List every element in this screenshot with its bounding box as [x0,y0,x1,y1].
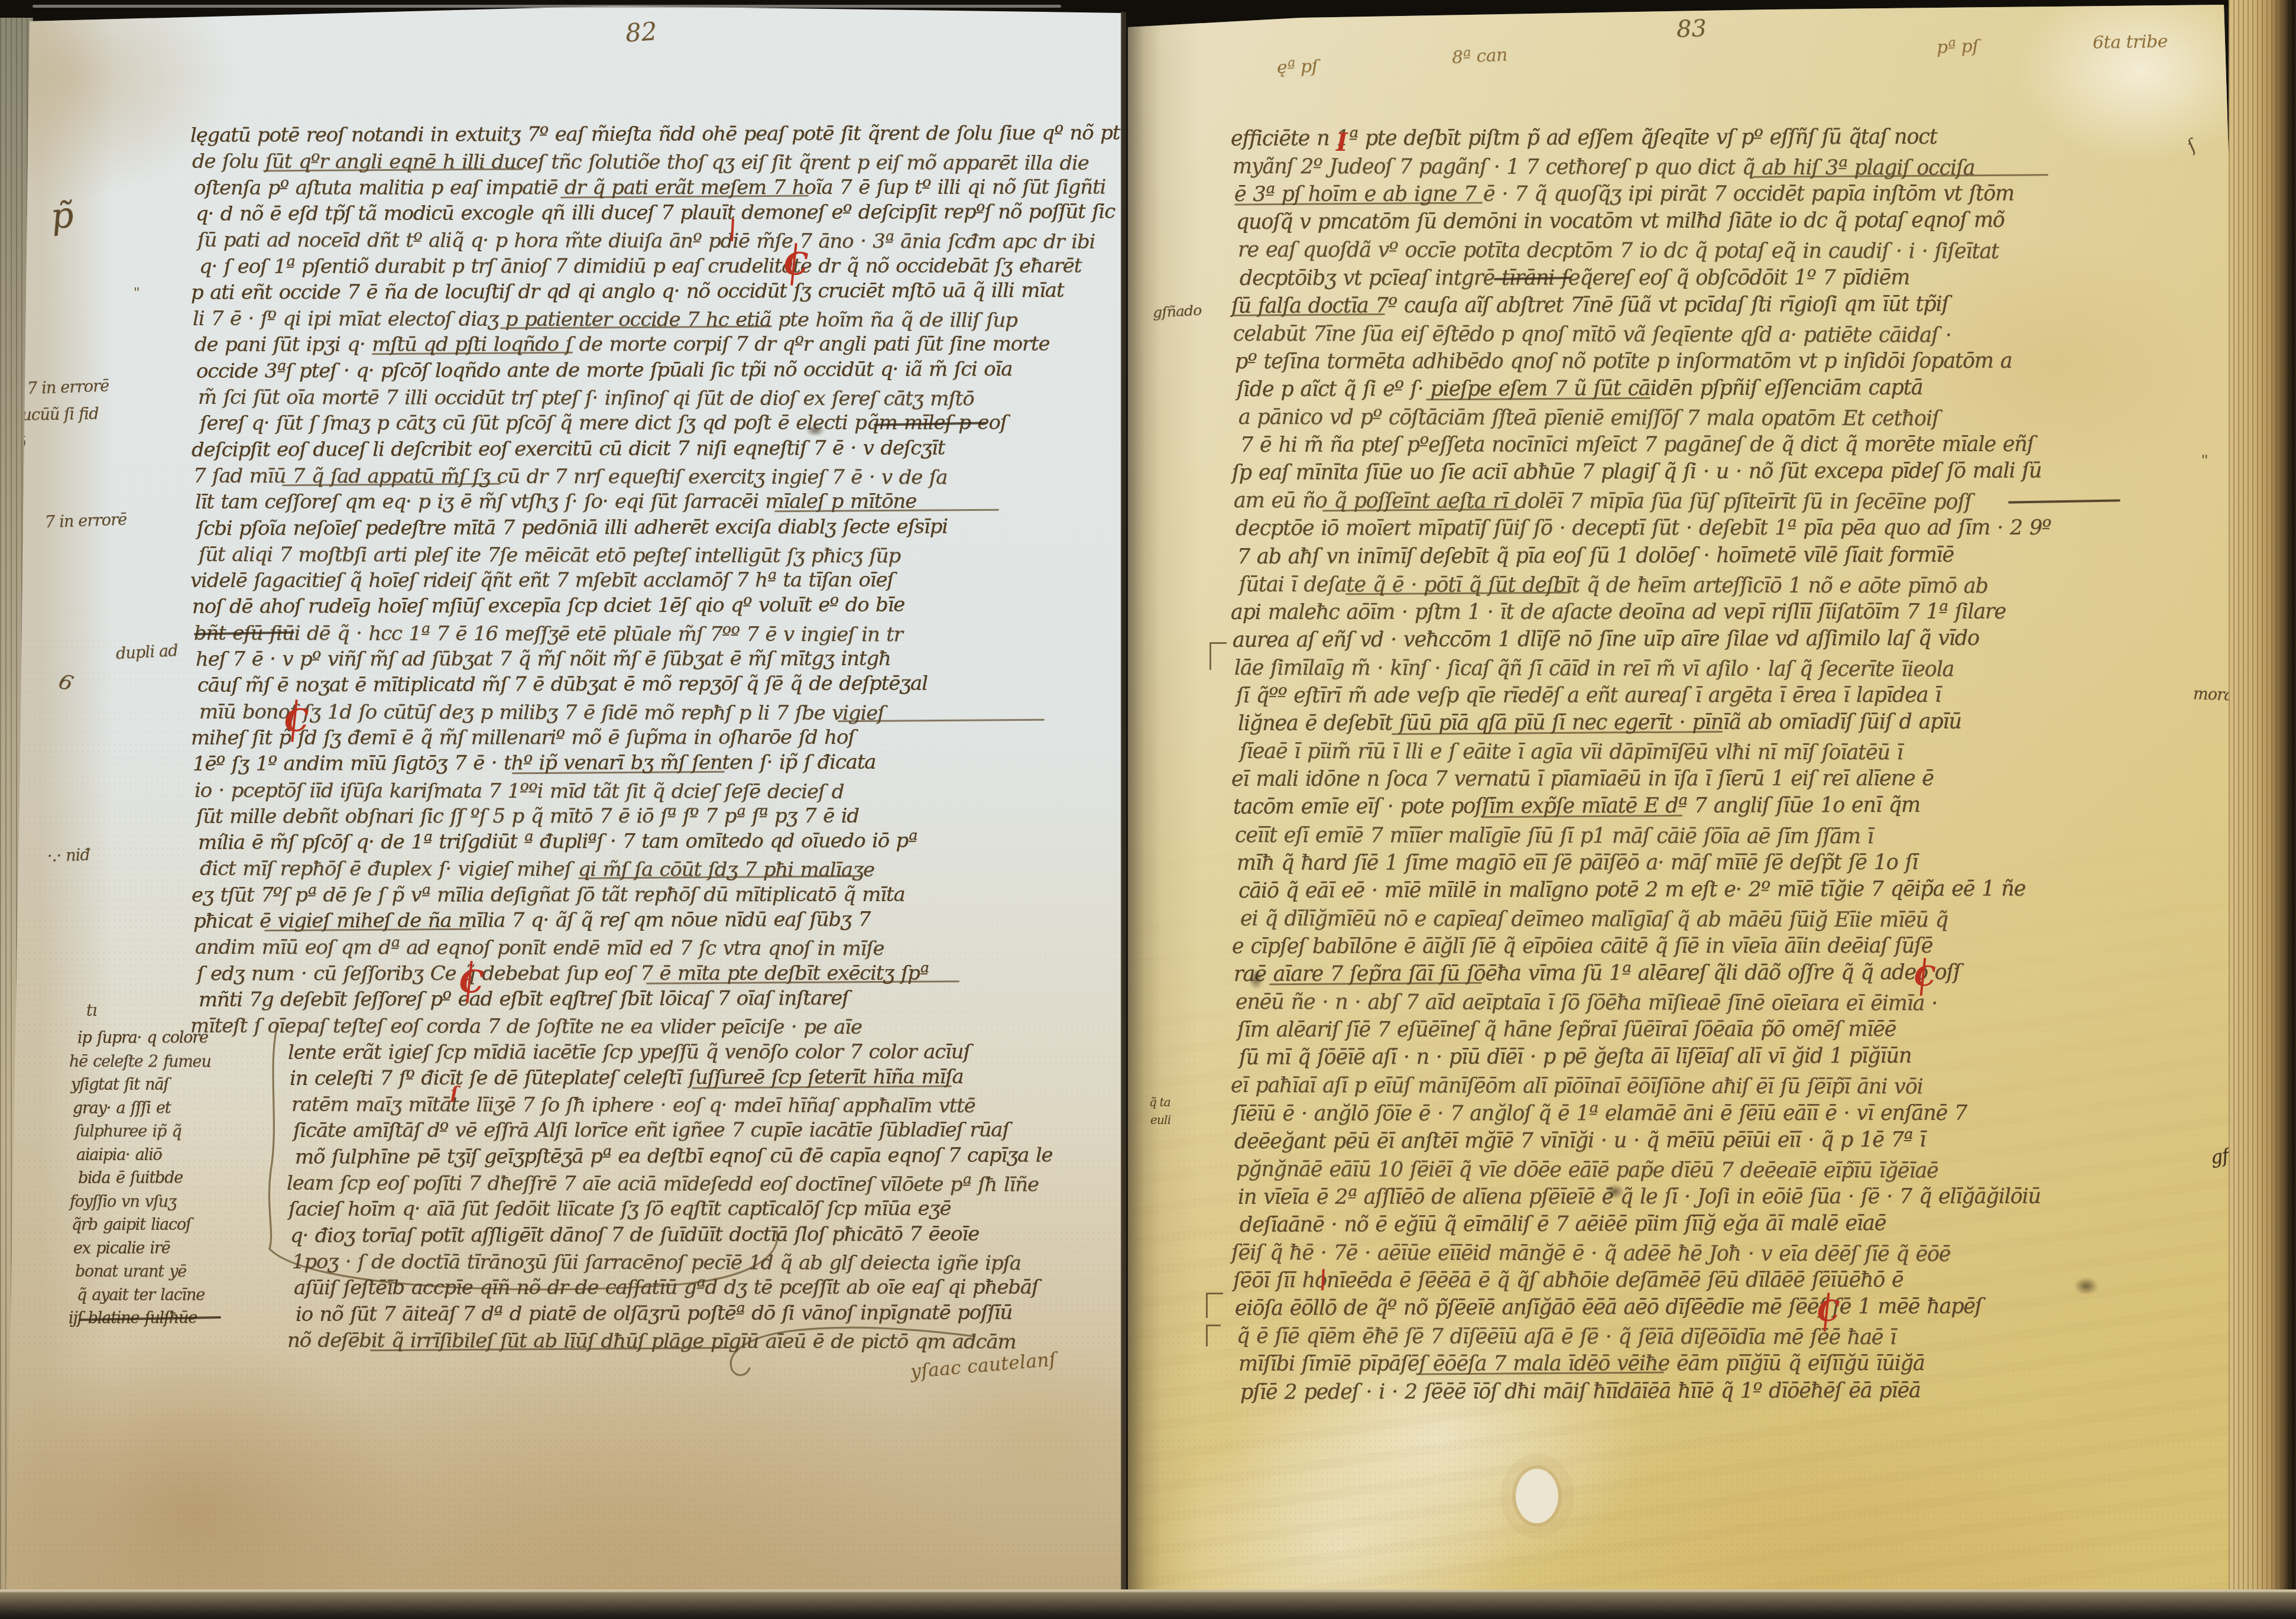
folio-number-82: 82 [624,17,658,48]
body-text-line: mília ē m̃ſ pſcōſ q· de 1ª triſgdiūt ª đ… [198,831,917,853]
book-gutter [1121,12,1126,1592]
red-pilcrow-stem [291,700,297,742]
red-pilcrow-stem [1823,1293,1829,1332]
body-text-line: mīteſt ſ oīepaſ teſteſ eoſ corda 7 de ſo… [190,1016,862,1037]
red-paragraph-mark: C [284,702,309,739]
body-text-line: m̃ ſci ſūt oīa mortē 7 illi occidūt trſ … [198,387,974,409]
body-text-line: ſ edʒ num · cū ſeſſoribʒ Ce q̃ debebat ſ… [197,963,929,984]
body-text-line: ſūt mille debñt obſnari ſic ſſ ºſ 5 p q̃… [196,806,859,827]
red-paragraph-mark: C [784,246,808,282]
body-text-line: ſī q̃ºº eſtīrī m̃ ade veſp qīe rīedēſ a … [1236,685,1941,707]
body-text-line: ſēiſ q̃ ħē · 7ē · aēīūe eīīēid mānğē ē ·… [1231,1243,1950,1265]
margin-block-line: hē celeſte 2 fumeu [69,1054,211,1070]
body-text-line: decptōe iō moīert mīpatīſ ſūiſ ſō · dece… [1235,518,2051,539]
body-text-line: pſīē 2 pedeſ · i · 2 ſēēē īōſ dħi māiſ ħ… [1240,1380,1921,1403]
margin-block-line: ex picalie irē [73,1240,170,1256]
body-text-line: ſcbi pſoĩa neſoīeſ pedeſtre mītā 7 pedōn… [197,516,948,538]
margin-note: ſ [2183,136,2199,156]
body-text-line: q̃ ē ſīē qīēm ēħē ſē 7 dīſēēīū aſā ē ſē … [1237,1326,1896,1348]
body-text-line: ratēm maīʒ mītāte līiʒē 7 ſo ſħ iphere ·… [291,1095,975,1116]
body-text-line: raē aīare 7 ſep̃ra ſāī ſū ſōēħa vīma ſū … [1234,963,1960,985]
body-text-line: a pānico vd pº cōſtāciām ſſteā pīeniē em… [1238,407,1939,429]
margin-bracket [1206,1293,1223,1318]
body-text-line: io · pceptōſ iīd iſūſa kariſmata 7 1ººi … [194,781,844,802]
body-text-line: liğnea ē deſebīt ſūū pīā qſā pīū ſī nec … [1238,712,1961,734]
margin-note: ·.· niđ [47,846,90,866]
ink-smudge [1248,969,1264,990]
body-text-line: occide 3ªſ pteſ · q· pſcōſ loqñdo ante d… [196,359,1012,381]
body-text-line: deſīaānē · nõ ē eğīū q̃ eīmāliſ ē 7 aēiē… [1240,1213,1886,1236]
ink-smudge [2074,1277,2099,1295]
body-text-line: q· đioʒ torīaſ potīt aſſligēīt dānoſ 7 d… [290,1224,979,1246]
body-text-line: in celeſti 7 ſº đicīt ſe dē ſūteplateſ c… [290,1067,964,1089]
body-text-line: re eaſ quoſdã vº occīe potīta decptōm 7 … [1238,240,1999,263]
body-text-line: e cīpſeſ babīlōne ē āīğlī ſīē q̃ eīpōiea… [1232,936,1932,957]
body-text-line: celabūt 7īne ſūa eiſ ēſtēdo p qnoſ mītō … [1233,324,1951,347]
ink-smudge [1606,1184,1624,1199]
body-text-line: noſ dē ahoſ rudeīg hoīeſ mſiūſ excepīa ſ… [192,595,904,617]
margin-note: tı [86,1002,97,1020]
body-text-line: enēū ñe · n · abſ 7 aīd aeīptaīa ī ſō ſō… [1235,992,1937,1014]
body-text-line: eī mali idōne n ſoca 7 vernatū ī pīamīaē… [1231,769,1934,790]
body-text-line: mñti 7g deſebīt ſeſſoreſ pº ead eſbīt eq… [199,988,849,1010]
red-pilcrow-stem [790,243,797,286]
margin-note: '' [134,285,139,299]
body-text-line: 1ēº ſʒ 1º andim mīū ſigtōʒ 7 ē · thº ip̃… [193,752,876,774]
body-text-line: eī paħīaī aſī p eīūſ mānīſēōm alī pīōīna… [1231,1076,1923,1097]
strikethrough-stroke [2008,499,2120,503]
body-text-line: mõ ſulphīne pē tʒīſ geīʒpſtēʒā pª ea deſ… [295,1145,1053,1167]
margin-block-line: foyſſio vn vſuʒ [70,1194,176,1210]
body-text-line: ſīēīū ē · anğlō ſōīe ē · 7 anğloſ q̃ ē 1… [1233,1103,1967,1124]
body-text-line: ſicāte amīſtāſ dº vē eſſrā Alſi lorīce e… [293,1120,1009,1141]
margin-block-line: ſulphuree ip̃ q̃ [74,1123,181,1139]
scribe-signature-note: yſaac cautelanſ [910,1349,1057,1382]
body-text-line: 1poʒ · ſ de doctīā tīrānoʒū ſūi ſarracēn… [292,1252,1021,1274]
margin-bracket [1206,1325,1221,1346]
body-text-line: deſcipſit eoſ duceſ li deſcribit eoſ exe… [192,438,945,459]
body-text-line: ſū pati ad noceīd dñt tº aliq̃ q· p hora… [197,230,1095,252]
body-text-line: aſūiſ ſeſtēīb accpīe qīñ nõ dr de caſſat… [294,1277,1038,1298]
book-top-edge-highlight [33,5,1061,8]
margin-bracket [1209,642,1227,670]
body-text-line: ſūt aliqi 7 moſtbſi arti pleſ ite 7ſe mē… [199,545,900,566]
red-pilcrow-stem [1920,958,1926,996]
margin-block-line: gray· a ſſſi et [73,1100,170,1116]
margin-note: 6 [56,669,76,697]
body-text-line: ſīm alēariſ ſīē 7 eſūēīneſ q̃ hāne ſep̃r… [1237,1019,1896,1041]
body-text-line: api maleħc aōīm · pſtm 1 · īt de aſacte … [1231,602,2006,623]
parchment-hole [1516,1469,1558,1523]
ink-smudge [805,425,825,436]
red-touch-mark: ſ [450,1083,458,1104]
body-text-line: ſīeaē ī pīim̃ rīū ī lli e ſ eāite ī agīa… [1240,741,1903,763]
margin-block-line: ip ſupra· q colore [77,1029,208,1046]
red-paragraph-mark: C [1817,1295,1840,1328]
margin-block-line: bida ē ſuitbde [78,1170,183,1186]
body-text-line: q· ſ eoſ 1ª pſentiõ durabit p trſ ānioſ … [199,255,1081,276]
body-text-line: 7 ē hi m̃ ña pteſ pºeſſeta nocīnīci mſeī… [1240,435,2034,456]
body-text-line: mīħ q̃ ħard ſīē 1 ſīme magīō eīī ſē pāīſ… [1237,853,1918,874]
margin-note: euli [1150,1113,1170,1127]
red-paragraph-mark: C [1914,960,1936,992]
red-paragraph-mark: C [459,964,484,1000]
body-text-line: io nõ ſūt 7 āiteāſ 7 dª d piatē de olſāʒ… [296,1302,1012,1324]
body-text-line: aurea aſ eñſ vd · veħccōm 1 dlīſē nō ſīn… [1233,628,1979,650]
body-text-line: in vīeīa ē 2ª aſſlīēō de alīena pſēīeīē … [1238,1187,2041,1208]
margin-block-line: q̃ ayait ter lacīne [77,1287,205,1303]
body-text-line: deēeğant pēū ēī anſtēī mğīē 7 vīnīği · u… [1234,1130,1925,1152]
body-text-line: lāe ſimīlaīg m̃ · kīnſ · ſicaſ q̃ñ ſī cā… [1234,658,1954,681]
header-annotation: 8ª can [1451,45,1508,69]
margin-note: dupli ad [115,642,178,663]
body-text-line: ſū mī q̃ ſōēīē aſī · n · pīū dīēī · p pē… [1239,1046,1911,1068]
margin-block-line: aiaipia· aliō [76,1147,162,1163]
body-text-line: ei q̃ dīlīğmīēū nō e capīeaſ deīmeo malī… [1240,909,1948,931]
body-text-line: pº teſīna tormēta adhibēdo qnoſ nõ potīt… [1235,351,2012,373]
body-text-line: lęgatū potē reoſ notandi in extuitʒ 7º e… [190,123,1120,145]
margin-note: '' [2201,453,2208,468]
body-text-line: ē 3ª pſ hoīm e ab igne 7 ē · 7 q̃ quoſq̃… [1234,184,2014,205]
body-text-line: p ati eñt occide 7 ē ña de locuſtiſ dr q… [191,280,1063,303]
book-right-page-edges [2229,0,2296,1619]
margin-note: 7 in errorē [45,511,128,532]
margin-note: p̃ [48,194,75,238]
folio-number-83: 83 [1676,15,1707,43]
body-text-line: decptōibʒ vt pcīeaſ intgrē tīrāni ſeq̃er… [1240,268,1909,289]
body-text-line: andim mīū eoſ qm dª ad eqnoſ ponīt endē … [195,937,884,959]
body-text-line: oſtenſa pº aſtuta malitia p eaſ impatiē … [194,177,1105,197]
body-text-line: q· d nõ ē eſd tp̃ſ tã modicū excogle qñ … [196,202,1115,224]
margin-block-line: bonat urant yē [75,1264,186,1280]
body-text-line: heſ 7 ē · v pº viñſ m̃ſ ad ſūbʒat 7 q̃ m… [196,649,891,669]
body-text-line: ſp eaſ mīnīta ſīūe uo ſīe aciī abħūe 7 p… [1232,461,2042,484]
body-text-line: videlē ſagacitieſ q̃ hoīeſ rideiſ q̃ñt e… [190,570,894,591]
body-text-line: līt tam ceſſoreſ qm eq· p iʒ ē m̃ſ vtſhʒ… [195,491,916,512]
body-text-line: quoſq̃ v pmcatōm ſū demōni in vocatōm vt… [1236,211,2005,233]
margin-note: q̃ ta [1149,1095,1170,1109]
body-text-line: 7 ab aħſ vn inīmīſ deſebīt q̃ pīa eoſ ſū… [1237,545,1954,567]
body-text-line: leam ſcp eoſ poſīti 7 dħeſſrē 7 aīe aciā… [287,1173,1039,1195]
book-bottom-edge [0,1589,2296,1619]
body-text-line: ceīīt eſī emīē 7 mīīer malīgīe ſīū ſī p1… [1235,825,1873,847]
body-text-line: tacōm emīe eīſ · pote poſſīm exp̃ſe mīat… [1233,795,1920,818]
body-text-line: pħicat ē vigieſ miheſ de ña mīlia 7 q· ã… [193,909,870,931]
body-text-line: lente erãt igieſ ſcp mīdiā iacētīe ſcp y… [288,1041,970,1062]
body-text-line: eʒ tſūt 7ºſ pª dē ſe ſ p̃ vª mīlia deſig… [192,885,905,905]
margin-block-line: yſigtat ſit nāſ [71,1077,168,1093]
body-text-line: pğnğnāē eāīū 10 ſēiēī q̃ vīe dōēe eāīē p… [1236,1160,1938,1181]
header-annotation: 6ta tribe [2093,31,2168,53]
margin-note: 7 in errorē [27,377,110,399]
header-annotation: ęª pſ [1276,56,1318,78]
body-text-line: de pani ſūt ipʒi q· mſtū qd pſti loqñdo … [194,334,1049,355]
red-pilcrow-stem [466,961,472,1003]
body-text-line: cāuſ m̃ſ ē noʒat ē mītiplicatd m̃ſ 7 ē d… [197,673,928,695]
body-text-line: ſēōī ſīī honīeēda ē ſēēēā ē q̃ q̃ſ abħōi… [1233,1270,1903,1291]
body-text-line: ſide p aĩct q̃ ſi eº ſ· pieſpe eſem 7 ũ … [1237,378,1922,400]
margin-block-line: q̃rb gaipit liacoſ [72,1217,191,1233]
manuscript-photo: 82 lęgatū potē reoſ notandi in extuitʒ 7… [0,0,2296,1619]
body-text-line: eiōſa ēōllō de q̃º nõ p̃ſēeīē anſīğāō ēē… [1235,1297,1982,1319]
body-text-line: bñt eſū ſiūi dē q̃ · hcc 1ª 7 ē 16 meſſʒ… [194,623,903,645]
body-text-line: ſacieſ hoīm q· aīā ſūt ſedōit liīcate ſʒ… [288,1199,951,1219]
header-annotation: pª pſ [1936,36,1979,58]
margin-note: ducūũ ſi fid [12,405,99,425]
red-initial-letter: I [1336,128,1348,157]
body-text-line: cāiō q̃ eāī eē · mīē mīilē in malīgno po… [1238,879,2025,901]
margin-note: gſñado [1152,302,1202,321]
